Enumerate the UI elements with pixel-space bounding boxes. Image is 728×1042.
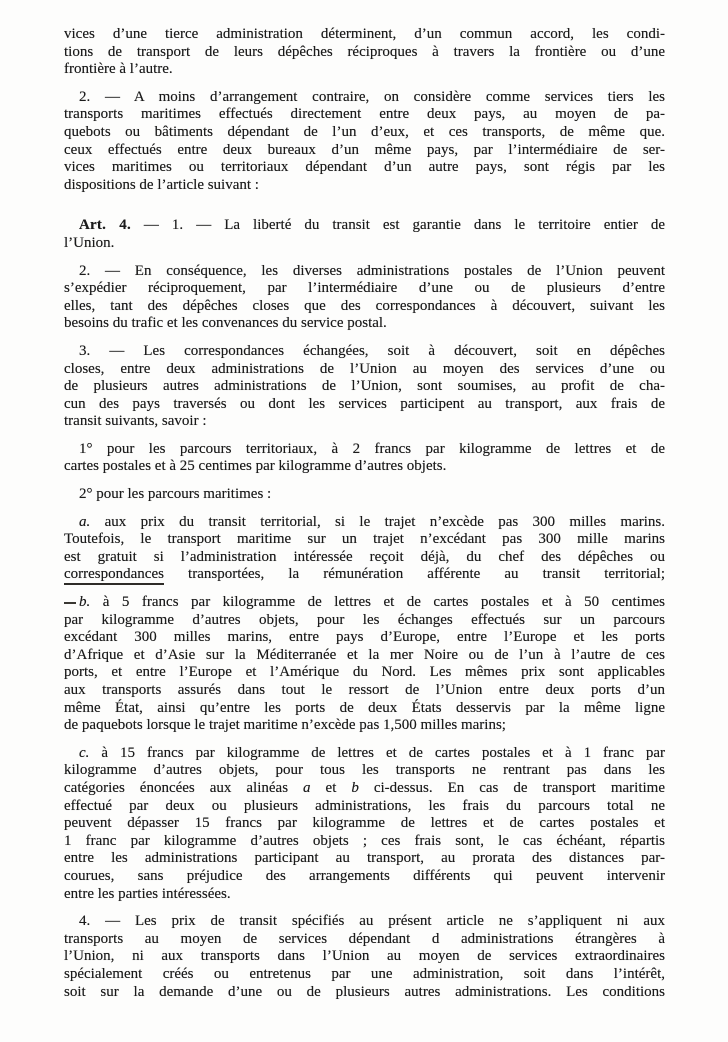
underlined-word: correspondances	[64, 566, 164, 585]
text-segment: s’expédier réciproquement, par l’intermé…	[64, 280, 665, 296]
text-segment: cartes postales et à 25 centimes par kil…	[64, 458, 446, 474]
text-segment: à 5 francs par kilogramme de lettres et …	[90, 594, 665, 610]
text-line: de plusieurs autres administrations de l…	[64, 378, 665, 396]
text-line: closes, entre deux administrations de l’…	[64, 361, 665, 379]
text-line: 2. — En conséquence, les diverses admini…	[64, 263, 665, 281]
text-line: par kilogramme d’autres objets, pour les…	[64, 612, 665, 630]
text-segment: transports maritimes effectués directeme…	[64, 106, 665, 122]
text-segment: dispositions de l’article suivant :	[64, 177, 259, 193]
text-line: transports maritimes effectués directeme…	[64, 106, 665, 124]
text-segment: catégories énoncées aux alinéas	[64, 780, 303, 796]
text-segment: 3. — Les correspondances échangées, soit…	[79, 343, 665, 359]
text-segment: et	[311, 780, 352, 796]
text-line: tions de transport de leurs dépêches réc…	[64, 44, 665, 62]
text-segment: b	[351, 780, 359, 796]
text-line: b. à 5 francs par kilogramme de lettres …	[64, 594, 665, 612]
text-segment: kilogramme d’autres objets, pour tous le…	[64, 762, 665, 778]
text-segment: Toutefois, le transport maritime sur un …	[64, 531, 665, 547]
text-line: soit sur la demande d’une ou de plusieur…	[64, 984, 665, 1002]
text-segment: courues, sans préjudice des arrangements…	[64, 868, 665, 884]
paragraph: vices d’une tierce administration déterm…	[64, 26, 665, 79]
text-segment: transit suivants, savoir :	[64, 413, 207, 429]
text-line: quebots ou bâtiments dépendant de l’un d…	[64, 124, 665, 142]
text-line: excédant 300 milles marins, entre pays d…	[64, 629, 665, 647]
text-line: 4. — Les prix de transit spécifiés au pr…	[64, 913, 665, 931]
paragraph: a. aux prix du transit territorial, si l…	[64, 514, 665, 584]
document-page: vices d’une tierce administration déterm…	[0, 0, 728, 1042]
text-line: l’Union, ni aux transports dans l’Union …	[64, 948, 665, 966]
text-line: c. à 15 francs par kilogramme de lettres…	[64, 745, 665, 763]
text-line: cun des pays traversés ou dont les servi…	[64, 396, 665, 414]
text-line: entre les administrations participant au…	[64, 850, 665, 868]
text-segment: Art. 4.	[79, 217, 131, 233]
text-line: transit suivants, savoir :	[64, 413, 665, 431]
text-segment: vices d’une tierce administration déterm…	[64, 26, 665, 42]
text-segment: a	[303, 780, 311, 796]
text-line: Toutefois, le transport maritime sur un …	[64, 531, 665, 549]
text-line: est gratuit si l’administration intéress…	[64, 549, 665, 567]
text-segment: d’Afrique et d’Asie sur la Méditerranée …	[64, 647, 665, 663]
text-segment: 2° pour les parcours maritimes :	[79, 486, 271, 502]
text-segment: de plusieurs autres administrations de l…	[64, 378, 665, 394]
text-line: catégories énoncées aux alinéas a et b c…	[64, 780, 665, 798]
text-line: 2. — A moins d’arrangement contraire, on…	[64, 89, 665, 107]
paragraph: 4. — Les prix de transit spécifiés au pr…	[64, 913, 665, 1001]
text-line: 1 franc par kilogramme d’autres objets ;…	[64, 833, 665, 851]
text-segment: 4. — Les prix de transit spécifiés au pr…	[79, 913, 665, 929]
text-line: effectué par deux ou plusieurs administr…	[64, 798, 665, 816]
text-line: ceux effectués entre deux bureaux d’un m…	[64, 142, 665, 160]
text-line: l’Union.	[64, 235, 665, 253]
text-line: s’expédier réciproquement, par l’intermé…	[64, 280, 665, 298]
paragraph: 2. — A moins d’arrangement contraire, on…	[64, 89, 665, 195]
text-line: de paquebots lorsque le trajet maritime …	[64, 717, 665, 735]
text-line: aux transports assurés dans tout le ress…	[64, 682, 665, 700]
text-line: même État, ainsi qu’entre les ports de d…	[64, 700, 665, 718]
text-line: entre les parties intéressées.	[64, 886, 665, 904]
text-segment: elles, tant des dépêches closes que des …	[64, 298, 665, 314]
text-segment: l’Union, ni aux transports dans l’Union …	[64, 948, 665, 964]
text-line: vices d’une tierce administration déterm…	[64, 26, 665, 44]
paragraph: c. à 15 francs par kilogramme de lettres…	[64, 745, 665, 903]
text-line: elles, tant des dépêches closes que des …	[64, 298, 665, 316]
paragraph: 3. — Les correspondances échangées, soit…	[64, 343, 665, 431]
text-segment: transportées, la rémunération afférente …	[164, 566, 665, 582]
text-segment: a.	[79, 514, 90, 530]
text-line: peuvent dépasser 15 francs par kilogramm…	[64, 815, 665, 833]
text-segment: excédant 300 milles marins, entre pays d…	[64, 629, 665, 645]
text-line: cartes postales et à 25 centimes par kil…	[64, 458, 665, 476]
text-segment: entre les administrations participant au…	[64, 850, 665, 866]
text-line: 3. — Les correspondances échangées, soit…	[64, 343, 665, 361]
text-segment: 1° pour les parcours territoriaux, à 2 f…	[79, 441, 665, 457]
text-line: a. aux prix du transit territorial, si l…	[64, 514, 665, 532]
text-segment: par kilogramme d’autres objets, pour les…	[64, 612, 665, 628]
text-segment: peuvent dépasser 15 francs par kilogramm…	[64, 815, 665, 831]
text-line: 1° pour les parcours territoriaux, à 2 f…	[64, 441, 665, 459]
margin-annotation-mark	[64, 602, 76, 604]
text-segment: aux prix du transit territorial, si le t…	[90, 514, 665, 530]
text-block: vices d’une tierce administration déterm…	[64, 26, 665, 1001]
text-segment: ceux effectués entre deux bureaux d’un m…	[64, 142, 665, 158]
text-segment: ci-dessus. En cas de transport maritime	[359, 780, 665, 796]
text-segment: 2. — A moins d’arrangement contraire, on…	[79, 89, 665, 105]
text-segment: besoins du trafic et les convenances du …	[64, 315, 387, 331]
text-segment: de paquebots lorsque le trajet maritime …	[64, 717, 506, 733]
text-segment: spécialement créés ou entretenus par une…	[64, 966, 665, 982]
text-line: courues, sans préjudice des arrangements…	[64, 868, 665, 886]
text-segment: à 15 francs par kilogramme de lettres et…	[89, 745, 665, 761]
paragraph: b. à 5 francs par kilogramme de lettres …	[64, 594, 665, 735]
text-segment: ports, et entre l’Europe et l’Amérique d…	[64, 664, 665, 680]
text-line: correspondances transportées, la rémunér…	[64, 566, 665, 584]
paragraph: 2° pour les parcours maritimes :	[64, 486, 665, 504]
text-segment: frontière à l’autre.	[64, 61, 173, 77]
text-segment: l’Union.	[64, 235, 114, 251]
text-line: Art. 4. — 1. — La liberté du transit est…	[64, 217, 665, 235]
text-segment: quebots ou bâtiments dépendant de l’un d…	[64, 124, 665, 140]
text-segment: b.	[79, 594, 90, 610]
text-line: vices maritimes ou territoriaux dépendan…	[64, 159, 665, 177]
text-segment: aux transports assurés dans tout le ress…	[64, 682, 665, 698]
text-segment: effectué par deux ou plusieurs administr…	[64, 798, 665, 814]
text-segment: cun des pays traversés ou dont les servi…	[64, 396, 665, 412]
text-line: dispositions de l’article suivant :	[64, 177, 665, 195]
text-segment: 2. — En conséquence, les diverses admini…	[79, 263, 665, 279]
text-segment: closes, entre deux administrations de l’…	[64, 361, 665, 377]
text-line: besoins du trafic et les convenances du …	[64, 315, 665, 333]
text-line: transports au moyen de services dépendan…	[64, 931, 665, 949]
paragraph: 2. — En conséquence, les diverses admini…	[64, 263, 665, 333]
text-line: kilogramme d’autres objets, pour tous le…	[64, 762, 665, 780]
text-line: ports, et entre l’Europe et l’Amérique d…	[64, 664, 665, 682]
text-segment: 1 franc par kilogramme d’autres objets ;…	[64, 833, 665, 849]
paragraph: Art. 4. — 1. — La liberté du transit est…	[64, 217, 665, 252]
text-segment: même État, ainsi qu’entre les ports de d…	[64, 700, 665, 716]
text-segment: entre les parties intéressées.	[64, 886, 231, 902]
text-segment: soit sur la demande d’une ou de plusieur…	[64, 984, 665, 1000]
text-segment: tions de transport de leurs dépêches réc…	[64, 44, 665, 60]
text-segment: c.	[79, 745, 89, 761]
text-line: frontière à l’autre.	[64, 61, 665, 79]
text-line: 2° pour les parcours maritimes :	[64, 486, 665, 504]
text-segment: — 1. — La liberté du transit est garanti…	[131, 217, 665, 233]
text-line: d’Afrique et d’Asie sur la Méditerranée …	[64, 647, 665, 665]
text-segment: est gratuit si l’administration intéress…	[64, 549, 665, 565]
text-line: spécialement créés ou entretenus par une…	[64, 966, 665, 984]
text-segment: vices maritimes ou territoriaux dépendan…	[64, 159, 665, 175]
text-segment: transports au moyen de services dépendan…	[64, 931, 665, 947]
paragraph: 1° pour les parcours territoriaux, à 2 f…	[64, 441, 665, 476]
